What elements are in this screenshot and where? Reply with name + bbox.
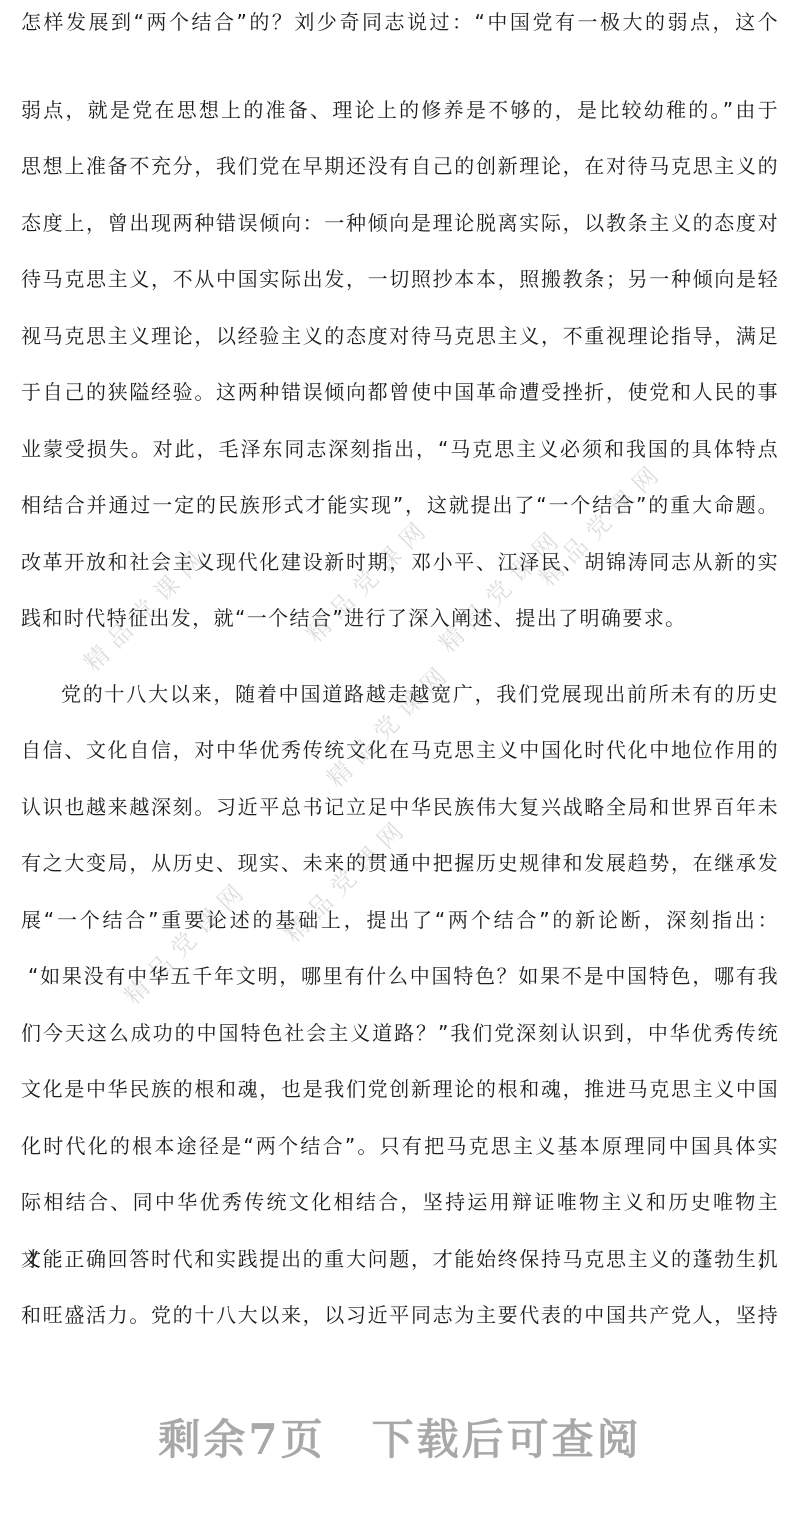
text-line: 改革开放和社会主义现代化建设新时期，邓小平、江泽民、胡锦涛同志从新的实: [21, 534, 779, 591]
text-line: 相结合并通过一定的民族形式才能实现”，这就提出了“一个结合”的重大命题。: [21, 477, 779, 534]
text-line: 认识也越来越深刻。习近平总书记立足中华民族伟大复兴战略全局和世界百年未: [21, 779, 779, 836]
text-line: 有之大变局，从历史、现实、未来的贯通中把握历史规律和发展趋势，在继承发: [21, 835, 779, 892]
text-line: 于自己的狭隘经验。这两种错误倾向都曾使中国革命遭受挫折，使党和人民的事: [21, 364, 779, 421]
text-line: 自信、文化自信，对中华优秀传统文化在马克思主义中国化时代化中地位作用的: [21, 722, 779, 779]
text-line: 才能正确回答时代和实践提出的重大问题，才能始终保持马克思主义的蓬勃生机: [21, 1231, 779, 1288]
text-line: 和旺盛活力。党的十八大以来，以习近平同志为主要代表的中国共产党人，坚持: [21, 1287, 779, 1344]
body-text: 怎样发展到“两个结合”的？刘少奇同志说过：“中国党有一极大的弱点，这个弱点，就是…: [21, 0, 779, 1344]
text-line: 弱点，就是党在思想上的准备、理论上的修养是不够的，是比较幼稚的。”由于: [21, 82, 779, 139]
remaining-pages-label: 剩余7页: [158, 1415, 325, 1464]
page-footer: 剩余7页下载后可查阅: [0, 1414, 800, 1466]
text-line: 思想上准备不充分，我们党在早期还没有自己的创新理论，在对待马克思主义的: [21, 138, 779, 195]
text-line: 视马克思主义理论，以经验主义的态度对待马克思主义，不重视理论指导，满足: [21, 308, 779, 365]
text-line: 态度上，曾出现两种错误倾向：一种倾向是理论脱离实际，以教条主义的态度对: [21, 195, 779, 252]
text-line: 们今天这么成功的中国特色社会主义道路？”我们党深刻认识到，中华优秀传统: [21, 1005, 779, 1062]
text-line: “如果没有中华五千年文明，哪里有什么中国特色？如果不是中国特色，哪有我: [21, 948, 779, 1005]
text-line: 文化是中华民族的根和魂，也是我们党创新理论的根和魂，推进马克思主义中国: [21, 1061, 779, 1118]
text-line: 展“一个结合”重要论述的基础上，提出了“两个结合”的新论断，深刻指出：: [21, 892, 779, 949]
text-line: 怎样发展到“两个结合”的？刘少奇同志说过：“中国党有一极大的弱点，这个: [21, 0, 779, 51]
text-line: 化时代化的根本途径是“两个结合”。只有把马克思主义基本原理同中国具体实: [21, 1118, 779, 1175]
text-line: 党的十八大以来，随着中国道路越走越宽广，我们党展现出前所未有的历史: [21, 666, 779, 723]
text-line: 业蒙受损失。对此，毛泽东同志深刻指出，“马克思主义必须和我国的具体特点: [21, 421, 779, 478]
document-page: 精品党课网精品党课网精品党课网精品党课网精品党课网精品党课网精品党课网 怎样发展…: [0, 0, 800, 1522]
text-line: 待马克思主义，不从中国实际出发，一切照抄本本，照搬教条；另一种倾向是轻: [21, 251, 779, 308]
download-hint-label: 下载后可查阅: [372, 1415, 642, 1464]
text-line: 践和时代特征出发，就“一个结合”进行了深入阐述、提出了明确要求。: [21, 590, 779, 647]
text-line: 际相结合、同中华优秀传统文化相结合，坚持运用辩证唯物主义和历史唯物主义，: [21, 1174, 779, 1231]
